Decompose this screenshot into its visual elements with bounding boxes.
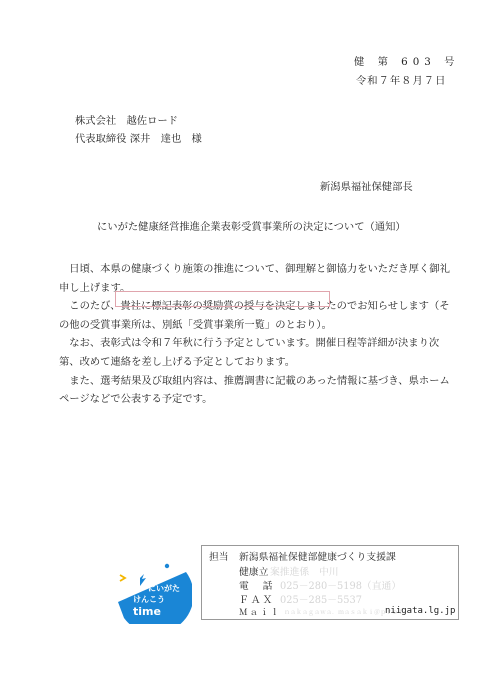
niigata-kenko-time-logo: にいがた けんこう time: [112, 562, 192, 622]
subject-title: にいがた健康経営推進企業表彰受賞事業所の決定について（通知）: [97, 218, 406, 233]
tel-value: 025－280－5198（直通）: [280, 578, 401, 592]
tel-label: 電 話: [239, 578, 274, 592]
logo-line1: にいがた: [148, 584, 180, 593]
paragraph-4: また、選考結果及び取組内容は、推薦調書に記載のあった情報に基づき、県ホームページ…: [59, 372, 459, 409]
logo-line2: けんこう: [133, 594, 165, 604]
mail-label: Ｍａｉｌ: [239, 606, 281, 618]
logo-line3: time: [133, 605, 161, 618]
recipient-representative: 代表取締役 深井 達也 様: [75, 130, 202, 145]
contact-box: 担当 新潟県福祉保健部健康づくり支援課 健康立 案推進係 中川 電 話 025－…: [201, 545, 459, 620]
body-text: 日頃、本県の健康づくり施策の推進について、御理解と御協力をいただき厚く御礼申し上…: [59, 260, 459, 409]
fax-label: ＦＡＸ: [239, 592, 274, 606]
document-number: 健 第 603 号: [354, 53, 459, 68]
person-label: 健康立: [239, 564, 268, 578]
mail-domain: niigata.lg.jp: [385, 606, 455, 616]
recipient-company: 株式会社 越佐ロード: [75, 112, 178, 127]
contact-label: 担当: [209, 549, 229, 563]
document-date: 令和７年８月７日: [356, 72, 446, 87]
person-value: 案推進係 中川: [270, 564, 339, 578]
highlight-box: [115, 291, 330, 307]
paragraph-3: なお、表彰式は令和７年秋に行う予定としています。開催日程等詳細が決まり次第、改め…: [59, 334, 459, 371]
fax-value: 025－285－5537: [280, 592, 362, 606]
contact-department: 新潟県福祉保健部健康づくり支援課: [239, 549, 396, 563]
sender: 新潟県福祉保健部長: [320, 178, 413, 193]
